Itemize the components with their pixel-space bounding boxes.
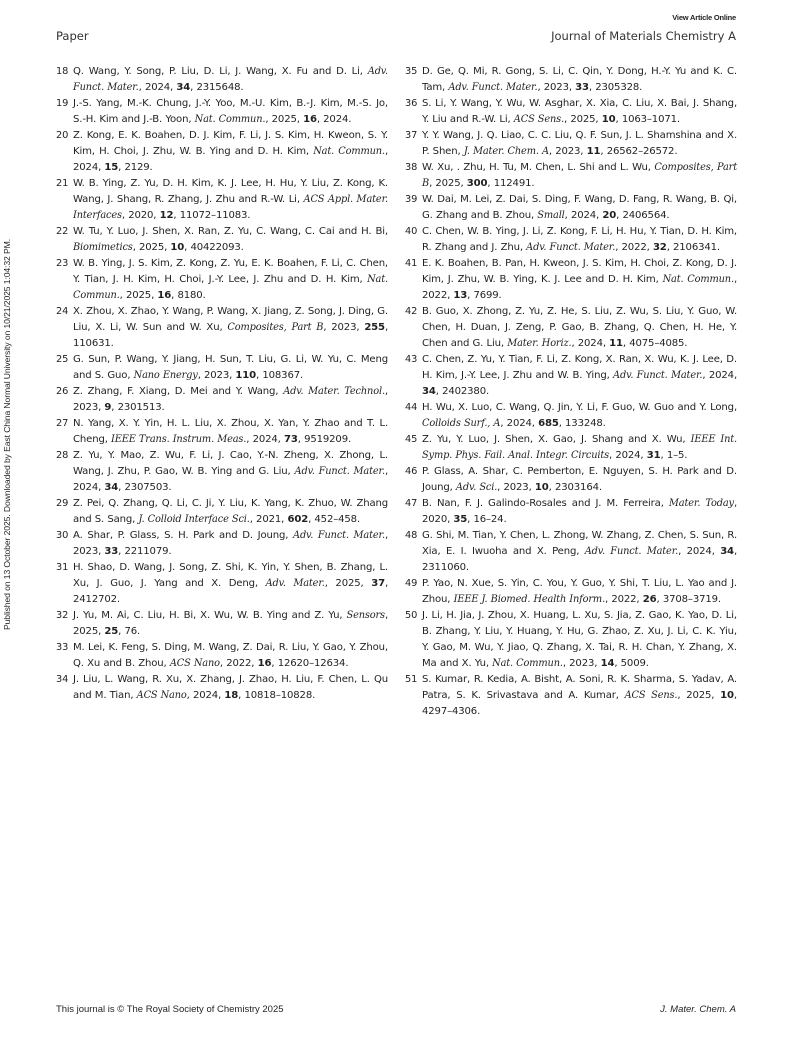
reference-item: 35D. Ge, Q. Mi, R. Gong, S. Li, C. Qin, …: [405, 64, 737, 96]
reference-year: , 2025,: [325, 578, 371, 589]
reference-number: 40: [405, 224, 417, 240]
reference-year: , 2023,: [198, 370, 236, 381]
reference-volume: 26: [643, 594, 657, 605]
reference-journal: Nat. Commun.: [195, 114, 266, 125]
reference-authors: Z. Zhang, F. Xiang, D. Mei and Y. Wang,: [73, 386, 283, 397]
reference-volume: 16: [258, 658, 272, 669]
reference-pages: , 12620–12634.: [271, 658, 348, 669]
reference-volume: 602: [287, 514, 308, 525]
reference-item: 18Q. Wang, Y. Song, P. Liu, D. Li, J. Wa…: [56, 64, 388, 96]
reference-number: 39: [405, 192, 417, 208]
reference-number: 25: [56, 352, 68, 368]
reference-number: 29: [56, 496, 68, 512]
reference-journal: Adv. Funct. Mater.: [448, 82, 537, 93]
reference-number: 26: [56, 384, 68, 400]
reference-authors: B. Nan, F. J. Galindo-Rosales and J. M. …: [422, 498, 669, 509]
reference-year: , 2023,: [497, 482, 535, 493]
reference-volume: 18: [224, 690, 238, 701]
reference-number: 50: [405, 608, 417, 624]
reference-pages: , 5009.: [614, 658, 648, 669]
reference-volume: 15: [104, 162, 118, 173]
reference-year: , 2025,: [265, 114, 303, 125]
reference-number: 42: [405, 304, 417, 320]
reference-number: 20: [56, 128, 68, 144]
reference-year: , 2023,: [537, 82, 575, 93]
reference-item: 39W. Dai, M. Lei, Z. Dai, S. Ding, F. Wa…: [405, 192, 737, 224]
reference-journal: Adv. Mater. Technol.: [283, 386, 385, 397]
reference-pages: , 2106341.: [667, 242, 720, 253]
reference-number: 19: [56, 96, 68, 112]
reference-number: 27: [56, 416, 68, 432]
reference-year: , 2024,: [702, 370, 737, 381]
reference-journal: Nat. Commun.: [313, 146, 385, 157]
reference-pages: , 7699.: [467, 290, 501, 301]
reference-item: 38W. Xu, . Zhu, H. Tu, M. Chen, L. Shi a…: [405, 160, 737, 192]
reference-volume: 34: [720, 546, 734, 557]
reference-pages: , 2315648.: [190, 82, 243, 93]
reference-item: 28Z. Yu, Y. Mao, Z. Wu, F. Li, J. Cao, Y…: [56, 448, 388, 496]
reference-item: 40C. Chen, W. B. Ying, J. Li, Z. Kong, F…: [405, 224, 737, 256]
reference-number: 22: [56, 224, 68, 240]
reference-item: 21W. B. Ying, Z. Yu, D. H. Kim, K. J. Le…: [56, 176, 388, 224]
reference-pages: , 2402380.: [436, 386, 489, 397]
reference-item: 51S. Kumar, R. Kedia, A. Bisht, A. Soni,…: [405, 672, 737, 720]
reference-number: 35: [405, 64, 417, 80]
reference-volume: 11: [609, 338, 623, 349]
reference-journal: ACS Sens.: [625, 690, 678, 701]
reference-item: 30A. Shar, P. Glass, S. H. Park and D. J…: [56, 528, 388, 560]
reference-pages: , 2301513.: [111, 402, 164, 413]
reference-item: 29Z. Pei, Q. Zhang, Q. Li, C. Ji, Y. Liu…: [56, 496, 388, 528]
reference-number: 34: [56, 672, 68, 688]
reference-journal: Adv. Funct. Mater.: [613, 370, 702, 381]
reference-year: , 2025,: [564, 114, 602, 125]
reference-journal: Adv. Mater.: [266, 578, 325, 589]
reference-journal: J. Mater. Chem. A: [464, 146, 549, 157]
reference-volume: 73: [284, 434, 298, 445]
reference-item: 33M. Lei, K. Feng, S. Ding, M. Wang, Z. …: [56, 640, 388, 672]
reference-number: 28: [56, 448, 68, 464]
reference-pages: , 2307503.: [118, 482, 171, 493]
reference-authors: Q. Wang, Y. Song, P. Liu, D. Li, J. Wang…: [73, 66, 368, 77]
reference-authors: H. Wu, X. Luo, C. Wang, Q. Jin, Y. Li, F…: [422, 402, 737, 413]
view-article-online-link[interactable]: View Article Online: [672, 13, 736, 22]
reference-item: 42B. Guo, X. Zhong, Z. Yu, Z. He, S. Liu…: [405, 304, 737, 352]
reference-pages: , 9519209.: [298, 434, 351, 445]
reference-volume: 10: [535, 482, 549, 493]
reference-number: 33: [56, 640, 68, 656]
reference-year: , 2021,: [250, 514, 288, 525]
reference-number: 47: [405, 496, 417, 512]
reference-journal: Nat. Commun.: [492, 658, 563, 669]
section-label: Paper: [56, 29, 89, 43]
reference-item: 25G. Sun, P. Wang, Y. Jiang, H. Sun, T. …: [56, 352, 388, 384]
reference-pages: , 1063–1071.: [616, 114, 680, 125]
reference-number: 32: [56, 608, 68, 624]
reference-item: 20Z. Kong, E. K. Boahen, D. J. Kim, F. L…: [56, 128, 388, 176]
reference-journal: Composites, Part B: [227, 322, 323, 333]
download-watermark-text: Published on 13 October 2025. Downloaded…: [2, 239, 12, 630]
footer-copyright: This journal is © The Royal Society of C…: [56, 1004, 284, 1015]
reference-pages: , 2024.: [317, 114, 351, 125]
reference-item: 26Z. Zhang, F. Xiang, D. Mei and Y. Wang…: [56, 384, 388, 416]
reference-journal: ACS Nano: [137, 690, 187, 701]
reference-number: 31: [56, 560, 68, 576]
reference-pages: , 3708–3719.: [657, 594, 721, 605]
reference-item: 31H. Shao, D. Wang, J. Song, Z. Shi, K. …: [56, 560, 388, 608]
reference-volume: 16: [157, 290, 171, 301]
reference-pages: , 112491.: [487, 178, 534, 189]
reference-item: 43C. Chen, Z. Yu, Y. Tian, F. Li, Z. Kon…: [405, 352, 737, 400]
reference-volume: 34: [104, 482, 118, 493]
reference-pages: , 40422093.: [184, 242, 244, 253]
reference-item: 37Y. Y. Wang, J. Q. Liao, C. C. Liu, Q. …: [405, 128, 737, 160]
reference-item: 32J. Yu, M. Ai, C. Liu, H. Bi, X. Wu, W.…: [56, 608, 388, 640]
reference-year: , 2024,: [571, 338, 609, 349]
references-right-column: 35D. Ge, Q. Mi, R. Gong, S. Li, C. Qin, …: [405, 64, 737, 720]
reference-year: , 2024,: [187, 690, 225, 701]
reference-year: , 2024,: [246, 434, 284, 445]
reference-number: 48: [405, 528, 417, 544]
reference-journal: Adv. Funct. Mater.: [526, 242, 615, 253]
reference-authors: W. Xu, . Zhu, H. Tu, M. Chen, L. Shi and…: [422, 162, 654, 173]
reference-year: , 2025,: [133, 242, 171, 253]
reference-authors: J. Yu, M. Ai, C. Liu, H. Bi, X. Wu, W. B…: [73, 610, 347, 621]
reference-volume: 33: [575, 82, 589, 93]
reference-pages: , 2406564.: [616, 210, 669, 221]
reference-year: , 2025,: [429, 178, 467, 189]
reference-year: , 2023,: [549, 146, 587, 157]
reference-number: 46: [405, 464, 417, 480]
reference-number: 44: [405, 400, 417, 416]
reference-year: , 2022,: [615, 242, 653, 253]
reference-item: 23W. B. Ying, J. S. Kim, Z. Kong, Z. Yu,…: [56, 256, 388, 304]
reference-authors: W. Tu, Y. Luo, J. Shen, X. Ran, Z. Yu, C…: [73, 226, 388, 237]
reference-volume: 16: [303, 114, 317, 125]
reference-pages: , 2211079.: [118, 546, 171, 557]
reference-number: 51: [405, 672, 417, 688]
reference-pages: , 10818–10828.: [238, 690, 315, 701]
reference-number: 43: [405, 352, 417, 368]
reference-number: 49: [405, 576, 417, 592]
reference-year: , 2024,: [565, 210, 603, 221]
reference-volume: 12: [160, 210, 174, 221]
reference-year: , 2025,: [120, 290, 158, 301]
reference-journal: Colloids Surf., A: [422, 418, 500, 429]
reference-journal: IEEE J. Biomed. Health Inform.: [454, 594, 605, 605]
reference-journal: ACS Nano: [170, 658, 220, 669]
reference-volume: 10: [720, 690, 734, 701]
reference-volume: 32: [653, 242, 667, 253]
reference-volume: 31: [647, 450, 661, 461]
footer-journal-abbrev: J. Mater. Chem. A: [660, 1004, 736, 1015]
reference-volume: 20: [602, 210, 616, 221]
reference-volume: 10: [170, 242, 184, 253]
references-left-column: 18Q. Wang, Y. Song, P. Liu, D. Li, J. Wa…: [56, 64, 388, 704]
reference-volume: 13: [453, 290, 467, 301]
reference-item: 49P. Yao, N. Xue, S. Yin, C. You, Y. Guo…: [405, 576, 737, 608]
reference-journal: Small: [537, 210, 564, 221]
reference-item: 34J. Liu, L. Wang, R. Xu, X. Zhang, J. Z…: [56, 672, 388, 704]
reference-year: , 2023,: [323, 322, 364, 333]
reference-number: 18: [56, 64, 68, 80]
reference-number: 37: [405, 128, 417, 144]
reference-pages: , 8180.: [171, 290, 205, 301]
reference-journal: Adv. Funct. Mater.: [585, 546, 678, 557]
reference-number: 24: [56, 304, 68, 320]
reference-journal: IEEE Trans. Instrum. Meas.: [111, 434, 246, 445]
reference-pages: , 133248.: [559, 418, 606, 429]
reference-pages: , 452–458.: [308, 514, 360, 525]
reference-year: , 2025,: [677, 690, 720, 701]
reference-item: 24X. Zhou, X. Zhao, Y. Wang, P. Wang, X.…: [56, 304, 388, 352]
reference-journal: Sensors: [347, 610, 385, 621]
reference-volume: 35: [453, 514, 467, 525]
reference-volume: 14: [601, 658, 615, 669]
reference-pages: , 4075–4085.: [623, 338, 687, 349]
reference-pages: , 108367.: [256, 370, 303, 381]
reference-number: 36: [405, 96, 417, 112]
reference-year: , 2024,: [500, 418, 538, 429]
reference-journal: J. Colloid Interface Sci.: [139, 514, 250, 525]
reference-volume: 10: [602, 114, 616, 125]
download-watermark: Published on 13 October 2025. Downloaded…: [2, 190, 16, 630]
reference-item: 41E. K. Boahen, B. Pan, H. Kweon, J. S. …: [405, 256, 737, 304]
reference-pages: , 2303164.: [549, 482, 602, 493]
reference-journal: Adv. Sci.: [456, 482, 497, 493]
reference-item: 47B. Nan, F. J. Galindo-Rosales and J. M…: [405, 496, 737, 528]
reference-volume: 33: [104, 546, 118, 557]
reference-number: 38: [405, 160, 417, 176]
reference-volume: 11: [587, 146, 601, 157]
reference-pages: , 2129.: [118, 162, 152, 173]
reference-authors: A. Shar, P. Glass, S. H. Park and D. Jou…: [73, 530, 293, 541]
reference-year: , 2023,: [563, 658, 601, 669]
reference-journal: ACS Sens.: [514, 114, 564, 125]
reference-year: , 2020,: [122, 210, 160, 221]
reference-year: , 2024,: [139, 82, 177, 93]
reference-number: 41: [405, 256, 417, 272]
reference-item: 22W. Tu, Y. Luo, J. Shen, X. Ran, Z. Yu,…: [56, 224, 388, 256]
reference-journal: Nat. Commun.: [663, 274, 734, 285]
reference-pages: , 26562–26572.: [600, 146, 677, 157]
reference-journal: Mater. Horiz.: [507, 338, 571, 349]
reference-item: 48G. Shi, M. Tian, Y. Chen, L. Zhong, W.…: [405, 528, 737, 576]
reference-year: , 2024,: [678, 546, 720, 557]
reference-pages: , 2305328.: [589, 82, 642, 93]
reference-volume: 255: [364, 322, 385, 333]
reference-year: , 2022,: [220, 658, 258, 669]
reference-item: 27N. Yang, X. Y. Yin, H. L. Liu, X. Zhou…: [56, 416, 388, 448]
reference-journal: Mater. Today: [669, 498, 734, 509]
reference-pages: , 1–5.: [661, 450, 688, 461]
reference-item: 19J.-S. Yang, M.-K. Chung, J.-Y. Yoo, M.…: [56, 96, 388, 128]
reference-volume: 110: [235, 370, 256, 381]
reference-item: 50J. Li, H. Jia, J. Zhou, X. Huang, L. X…: [405, 608, 737, 672]
reference-volume: 37: [371, 578, 385, 589]
reference-year: , 2022,: [605, 594, 643, 605]
reference-journal: Adv. Funct. Mater.: [295, 466, 385, 477]
reference-authors: Z. Yu, Y. Luo, J. Shen, X. Gao, J. Shang…: [422, 434, 691, 445]
reference-volume: 685: [538, 418, 559, 429]
reference-authors: W. B. Ying, J. S. Kim, Z. Kong, Z. Yu, E…: [73, 258, 388, 285]
reference-item: 45Z. Yu, Y. Luo, J. Shen, X. Gao, J. Sha…: [405, 432, 737, 464]
reference-number: 23: [56, 256, 68, 272]
reference-journal: Nano Energy: [134, 370, 198, 381]
journal-title: Journal of Materials Chemistry A: [551, 29, 736, 43]
reference-pages: , 16–24.: [467, 514, 506, 525]
reference-pages: , 76.: [118, 626, 140, 637]
reference-item: 46P. Glass, A. Shar, C. Pemberton, E. Ng…: [405, 464, 737, 496]
reference-number: 45: [405, 432, 417, 448]
reference-year: , 2024,: [609, 450, 647, 461]
reference-item: 36S. Li, Y. Wang, Y. Wu, W. Asghar, X. X…: [405, 96, 737, 128]
reference-number: 30: [56, 528, 68, 544]
reference-volume: 34: [422, 386, 436, 397]
reference-volume: 300: [467, 178, 488, 189]
reference-journal: Adv. Funct. Mater.: [293, 530, 385, 541]
reference-volume: 25: [104, 626, 118, 637]
reference-number: 21: [56, 176, 68, 192]
reference-volume: 34: [176, 82, 190, 93]
reference-pages: , 11072–11083.: [173, 210, 250, 221]
reference-journal: Biomimetics: [73, 242, 133, 253]
reference-item: 44H. Wu, X. Luo, C. Wang, Q. Jin, Y. Li,…: [405, 400, 737, 432]
